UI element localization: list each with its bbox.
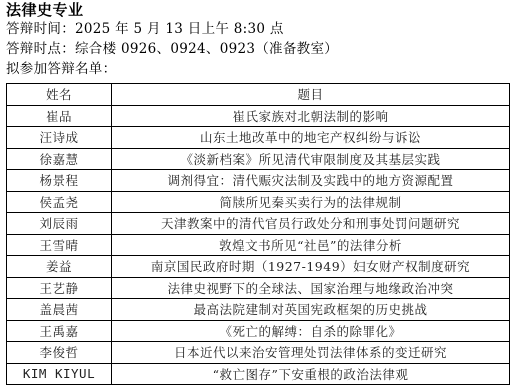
thesis-topic: 南京国民政府时期（1927-1949）妇女财产权制度研究 [112, 256, 510, 278]
table-row: 王禹嘉《死亡的解缚：自杀的除罪化》 [7, 320, 510, 342]
table-row: 杨景程调剂得宜：清代赈灾法制及实践中的地方资源配置 [7, 170, 510, 192]
student-name: 姜益 [7, 256, 112, 278]
table-row: 徐嘉慧《淡新档案》所见清代审限制度及其基层实践 [7, 148, 510, 170]
student-name: 王禹嘉 [7, 320, 112, 342]
table-row: 姜益南京国民政府时期（1927-1949）妇女财产权制度研究 [7, 256, 510, 278]
thesis-topic: “救亡图存”下安重根的政治法律观 [112, 363, 510, 385]
defense-place-line: 答辩时点：综合楼 0926、0924、0923（准备教室） [6, 39, 338, 59]
thesis-topic: 《淡新档案》所见清代审限制度及其基层实践 [112, 148, 510, 170]
table-row: 汪诗成山东土地改革中的地宅产权纠纷与诉讼 [7, 127, 510, 149]
thesis-topic: 天津教案中的清代官员行政处分和刑事处罚问题研究 [112, 213, 510, 235]
defense-time-label: 答辩时间： [6, 21, 75, 37]
table-row: 崔品崔氏家族对北朝法制的影响 [7, 105, 510, 127]
table-row: 侯孟尧简牍所见秦买卖行为的法律规制 [7, 191, 510, 213]
column-header-topic: 题目 [112, 84, 510, 106]
thesis-topic: 崔氏家族对北朝法制的影响 [112, 105, 510, 127]
table-row: 刘辰雨天津教案中的清代官员行政处分和刑事处罚问题研究 [7, 213, 510, 235]
student-name: 汪诗成 [7, 127, 112, 149]
thesis-topic: 山东土地改革中的地宅产权纠纷与诉讼 [112, 127, 510, 149]
thesis-topic: 调剂得宜：清代赈灾法制及实践中的地方资源配置 [112, 170, 510, 192]
defense-time-value: 2025 年 5 月 13 日上午 8:30 点 [75, 21, 284, 37]
column-header-name: 姓名 [7, 84, 112, 106]
student-name: KIM KIYUL [7, 363, 112, 385]
student-name: 王艺静 [7, 277, 112, 299]
table-row: 李俊哲日本近代以来治安管理处罚法律体系的变迁研究 [7, 342, 510, 364]
student-name: 盖晨茜 [7, 299, 112, 321]
section-title: 法律史专业 [6, 0, 84, 20]
defense-time-line: 答辩时间：2025 年 5 月 13 日上午 8:30 点 [6, 19, 284, 39]
student-name: 侯孟尧 [7, 191, 112, 213]
table-row: KIM KIYUL“救亡图存”下安重根的政治法律观 [7, 363, 510, 385]
student-name: 杨景程 [7, 170, 112, 192]
defense-place-label: 答辩时点： [6, 41, 75, 57]
table-header-row: 姓名 题目 [7, 84, 510, 106]
candidate-table: 姓名 题目 崔品崔氏家族对北朝法制的影响 汪诗成山东土地改革中的地宅产权纠纷与诉… [6, 83, 510, 385]
table-row: 王雪晴敦煌文书所见“社邑”的法律分析 [7, 234, 510, 256]
thesis-topic: 法律史视野下的全球法、国家治理与地缘政治冲突 [112, 277, 510, 299]
student-name: 崔品 [7, 105, 112, 127]
student-name: 李俊哲 [7, 342, 112, 364]
thesis-topic: 敦煌文书所见“社邑”的法律分析 [112, 234, 510, 256]
thesis-topic: 简牍所见秦买卖行为的法律规制 [112, 191, 510, 213]
thesis-topic: 日本近代以来治安管理处罚法律体系的变迁研究 [112, 342, 510, 364]
student-name: 刘辰雨 [7, 213, 112, 235]
student-name: 王雪晴 [7, 234, 112, 256]
table-row: 盖晨茜最高法院建制对英国宪政框架的历史挑战 [7, 299, 510, 321]
thesis-topic: 《死亡的解缚：自杀的除罪化》 [112, 320, 510, 342]
student-name: 徐嘉慧 [7, 148, 112, 170]
candidate-list-label: 拟参加答辩名单： [6, 59, 116, 79]
defense-place-value: 综合楼 0926、0924、0923（准备教室） [75, 41, 338, 57]
table-row: 王艺静法律史视野下的全球法、国家治理与地缘政治冲突 [7, 277, 510, 299]
thesis-topic: 最高法院建制对英国宪政框架的历史挑战 [112, 299, 510, 321]
